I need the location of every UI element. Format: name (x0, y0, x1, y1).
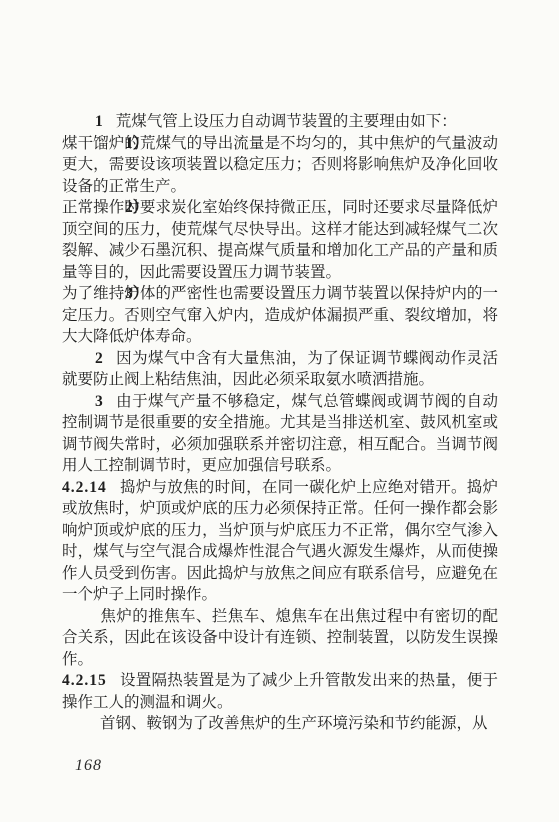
paragraph-text: 荒煤气管上设压力自动调节装置的主要理由如下： (116, 113, 457, 130)
list-item-2: 2）正常操作时要求炭化室始终保持微正压，同时还要求尽量降低炉顶空间的压力，使荒煤… (62, 197, 498, 283)
clause-number: 4.2.14 (62, 479, 107, 496)
list-item-3: 3）为了维持炉体的严密性也需要设置压力调节装置以保持炉内的一定压力。否则空气窜入… (62, 283, 498, 348)
body-text: 焦炉的推焦车、拦焦车、熄焦车在出焦过程中有密切的配合关系，因此在该设备中设计有连… (62, 608, 498, 668)
list-item-number: 2） (125, 197, 148, 219)
clause-text: 捣炉与放焦的时间，在同一碳化炉上应绝对错开。捣炉或放焦时，炉顶或炉底的压力必须保… (62, 479, 498, 604)
numbered-paragraph-1: 1荒煤气管上设压力自动调节装置的主要理由如下： (62, 111, 498, 133)
paragraph-text: 因为煤气中含有大量焦油，为了保证调节蝶阀动作灵活就要防止阀上粘结焦油，因此必须采… (62, 350, 498, 389)
body-paragraph: 焦炉的推焦车、拦焦车、熄焦车在出焦过程中有密切的配合关系，因此在该设备中设计有连… (62, 606, 498, 671)
page-content: 1荒煤气管上设压力自动调节装置的主要理由如下： 1）煤干馏炉的荒煤气的导出流量是… (62, 111, 498, 735)
paragraph-number: 2 (95, 350, 103, 367)
body-paragraph: 首钢、鞍钢为了改善焦炉的生产环境污染和节约能源，从 (62, 713, 498, 735)
clause-text: 设置隔热装置是为了减少上升管散发出来的热量，便于操作工人的测温和调火。 (62, 672, 498, 711)
clause-4-2-14: 4.2.14捣炉与放焦的时间，在同一碳化炉上应绝对错开。捣炉或放焦时，炉顶或炉底… (62, 477, 498, 606)
numbered-paragraph-2: 2因为煤气中含有大量焦油，为了保证调节蝶阀动作灵活就要防止阀上粘结焦油，因此必须… (62, 348, 498, 391)
numbered-paragraph-3: 3由于煤气产量不够稳定，煤气总管蝶阀或调节阀的自动控制调节是很重要的安全措施。尤… (62, 391, 498, 477)
list-item-1: 1）煤干馏炉的荒煤气的导出流量是不均匀的，其中焦炉的气量波动更大，需要设该项装置… (62, 133, 498, 198)
paragraph-text: 由于煤气产量不够稳定，煤气总管蝶阀或调节阀的自动控制调节是很重要的安全措施。尤其… (62, 393, 498, 475)
list-item-number: 1） (125, 133, 148, 155)
list-item-number: 3） (125, 283, 148, 305)
clause-4-2-15: 4.2.15设置隔热装置是为了减少上升管散发出来的热量，便于操作工人的测温和调火… (62, 670, 498, 713)
paragraph-number: 1 (95, 113, 103, 130)
page-number: 168 (75, 757, 102, 775)
document-page: 1荒煤气管上设压力自动调节装置的主要理由如下： 1）煤干馏炉的荒煤气的导出流量是… (0, 0, 559, 822)
body-text: 首钢、鞍钢为了改善焦炉的生产环境污染和节约能源，从 (100, 715, 488, 732)
paragraph-number: 3 (95, 393, 103, 410)
clause-number: 4.2.15 (62, 672, 107, 689)
